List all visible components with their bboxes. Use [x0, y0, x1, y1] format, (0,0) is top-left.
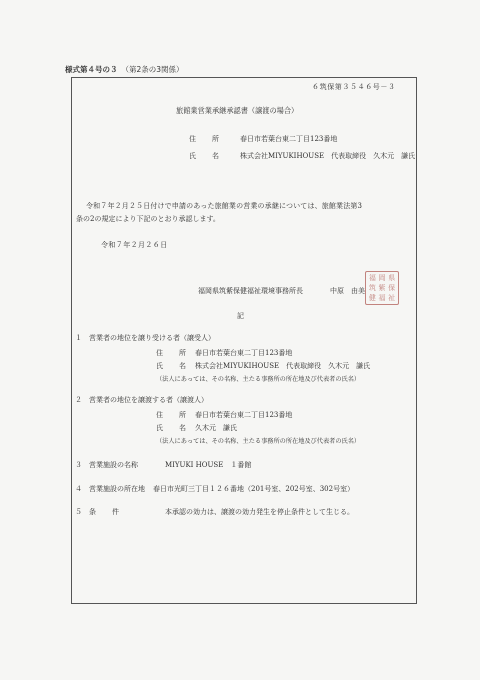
seal-char: 紫	[378, 284, 387, 293]
applicant-name-label: 氏	[189, 152, 196, 161]
seal-char: 福	[378, 294, 387, 303]
item-2-address-label-2: 所	[179, 411, 186, 420]
seal-char: 祉	[387, 294, 396, 303]
item-2-name-label-2: 名	[179, 424, 186, 433]
seal-char: 岡	[378, 274, 387, 283]
applicant-address-label-2: 所	[212, 135, 219, 144]
item-2-address: 春日市若葉台東二丁目123番地	[195, 411, 292, 420]
item-5-label: ５ 条	[75, 508, 96, 517]
item-5-condition: 本承認の効力は、譲渡の効力発生を停止条件として生じる。	[165, 508, 354, 517]
item-3-facility-name: MIYUKI HOUSE １番館	[165, 461, 251, 470]
applicant-address-label: 住	[189, 135, 196, 144]
seal-char: 福	[368, 274, 377, 283]
item-5-label-2: 件	[112, 508, 119, 517]
form-article-ref: （第2条の3関係）	[122, 65, 184, 74]
official-seal-icon: 福 岡 県 筑 紫 保 健 福 祉	[365, 271, 399, 305]
applicant-name-label-2: 名	[212, 152, 219, 161]
seal-char: 保	[387, 284, 396, 293]
item-1-name-label: 氏	[156, 362, 163, 371]
form-number: 様式第４号の３	[65, 65, 118, 74]
issuer-name: 中原 由美	[330, 287, 365, 296]
seal-char: 県	[387, 274, 396, 283]
issue-date: 令和７年２月２６日	[101, 241, 168, 250]
item-4-label: ４ 営業施設の所在地	[75, 485, 145, 494]
item-1-address-label: 住	[156, 349, 163, 358]
body-text-line-2: 条の2の規定により下記のとおり承認します。	[76, 215, 220, 224]
issuer-office: 福岡県筑紫保健福祉環境事務所長	[198, 287, 303, 296]
applicant-address: 春日市若葉台東二丁目123番地	[240, 135, 337, 144]
item-1-address: 春日市若葉台東二丁目123番地	[195, 349, 292, 358]
applicant-name: 株式会社MIYUKIHOUSE 代表取締役 久木元 謙氏	[240, 152, 415, 161]
item-2-name-label: 氏	[156, 424, 163, 433]
body-text-line-1: 令和７年２月２５日付けで申請のあった旅館業の営業の承継については、旅館業法第3	[86, 202, 362, 211]
form-label: 様式第４号の３（第2条の3関係）	[65, 64, 184, 75]
item-3-label: ３ 営業施設の名称	[75, 461, 138, 470]
item-2-note: （法人にあっては、その名称、主たる事務所の所在地及び代表者の氏名）	[156, 437, 360, 446]
item-1-heading: １ 営業者の地位を譲り受ける者（譲受人）	[75, 334, 215, 343]
item-2-heading: ２ 営業者の地位を譲渡する者（譲渡人）	[75, 396, 208, 405]
item-1-note: （法人にあっては、その名称、主たる事務所の所在地及び代表者の氏名）	[156, 375, 360, 384]
item-4-facility-location: 春日市光町三丁目１２６番地（201号室、202号室、302号室）	[153, 485, 354, 494]
ki-heading: 記	[237, 312, 244, 321]
document-number: ６筑保第３５４６号－３	[312, 83, 396, 92]
item-1-name-label-2: 名	[179, 362, 186, 371]
document-title: 旅館業営業承継承認書（譲渡の場合）	[176, 106, 298, 115]
item-2-address-label: 住	[156, 411, 163, 420]
item-1-address-label-2: 所	[179, 349, 186, 358]
seal-char: 健	[368, 294, 377, 303]
item-1-name: 株式会社MIYUKIHOUSE 代表取締役 久木元 謙氏	[195, 362, 370, 371]
item-2-name: 久木元 謙氏	[195, 424, 237, 433]
seal-char: 筑	[368, 284, 377, 293]
